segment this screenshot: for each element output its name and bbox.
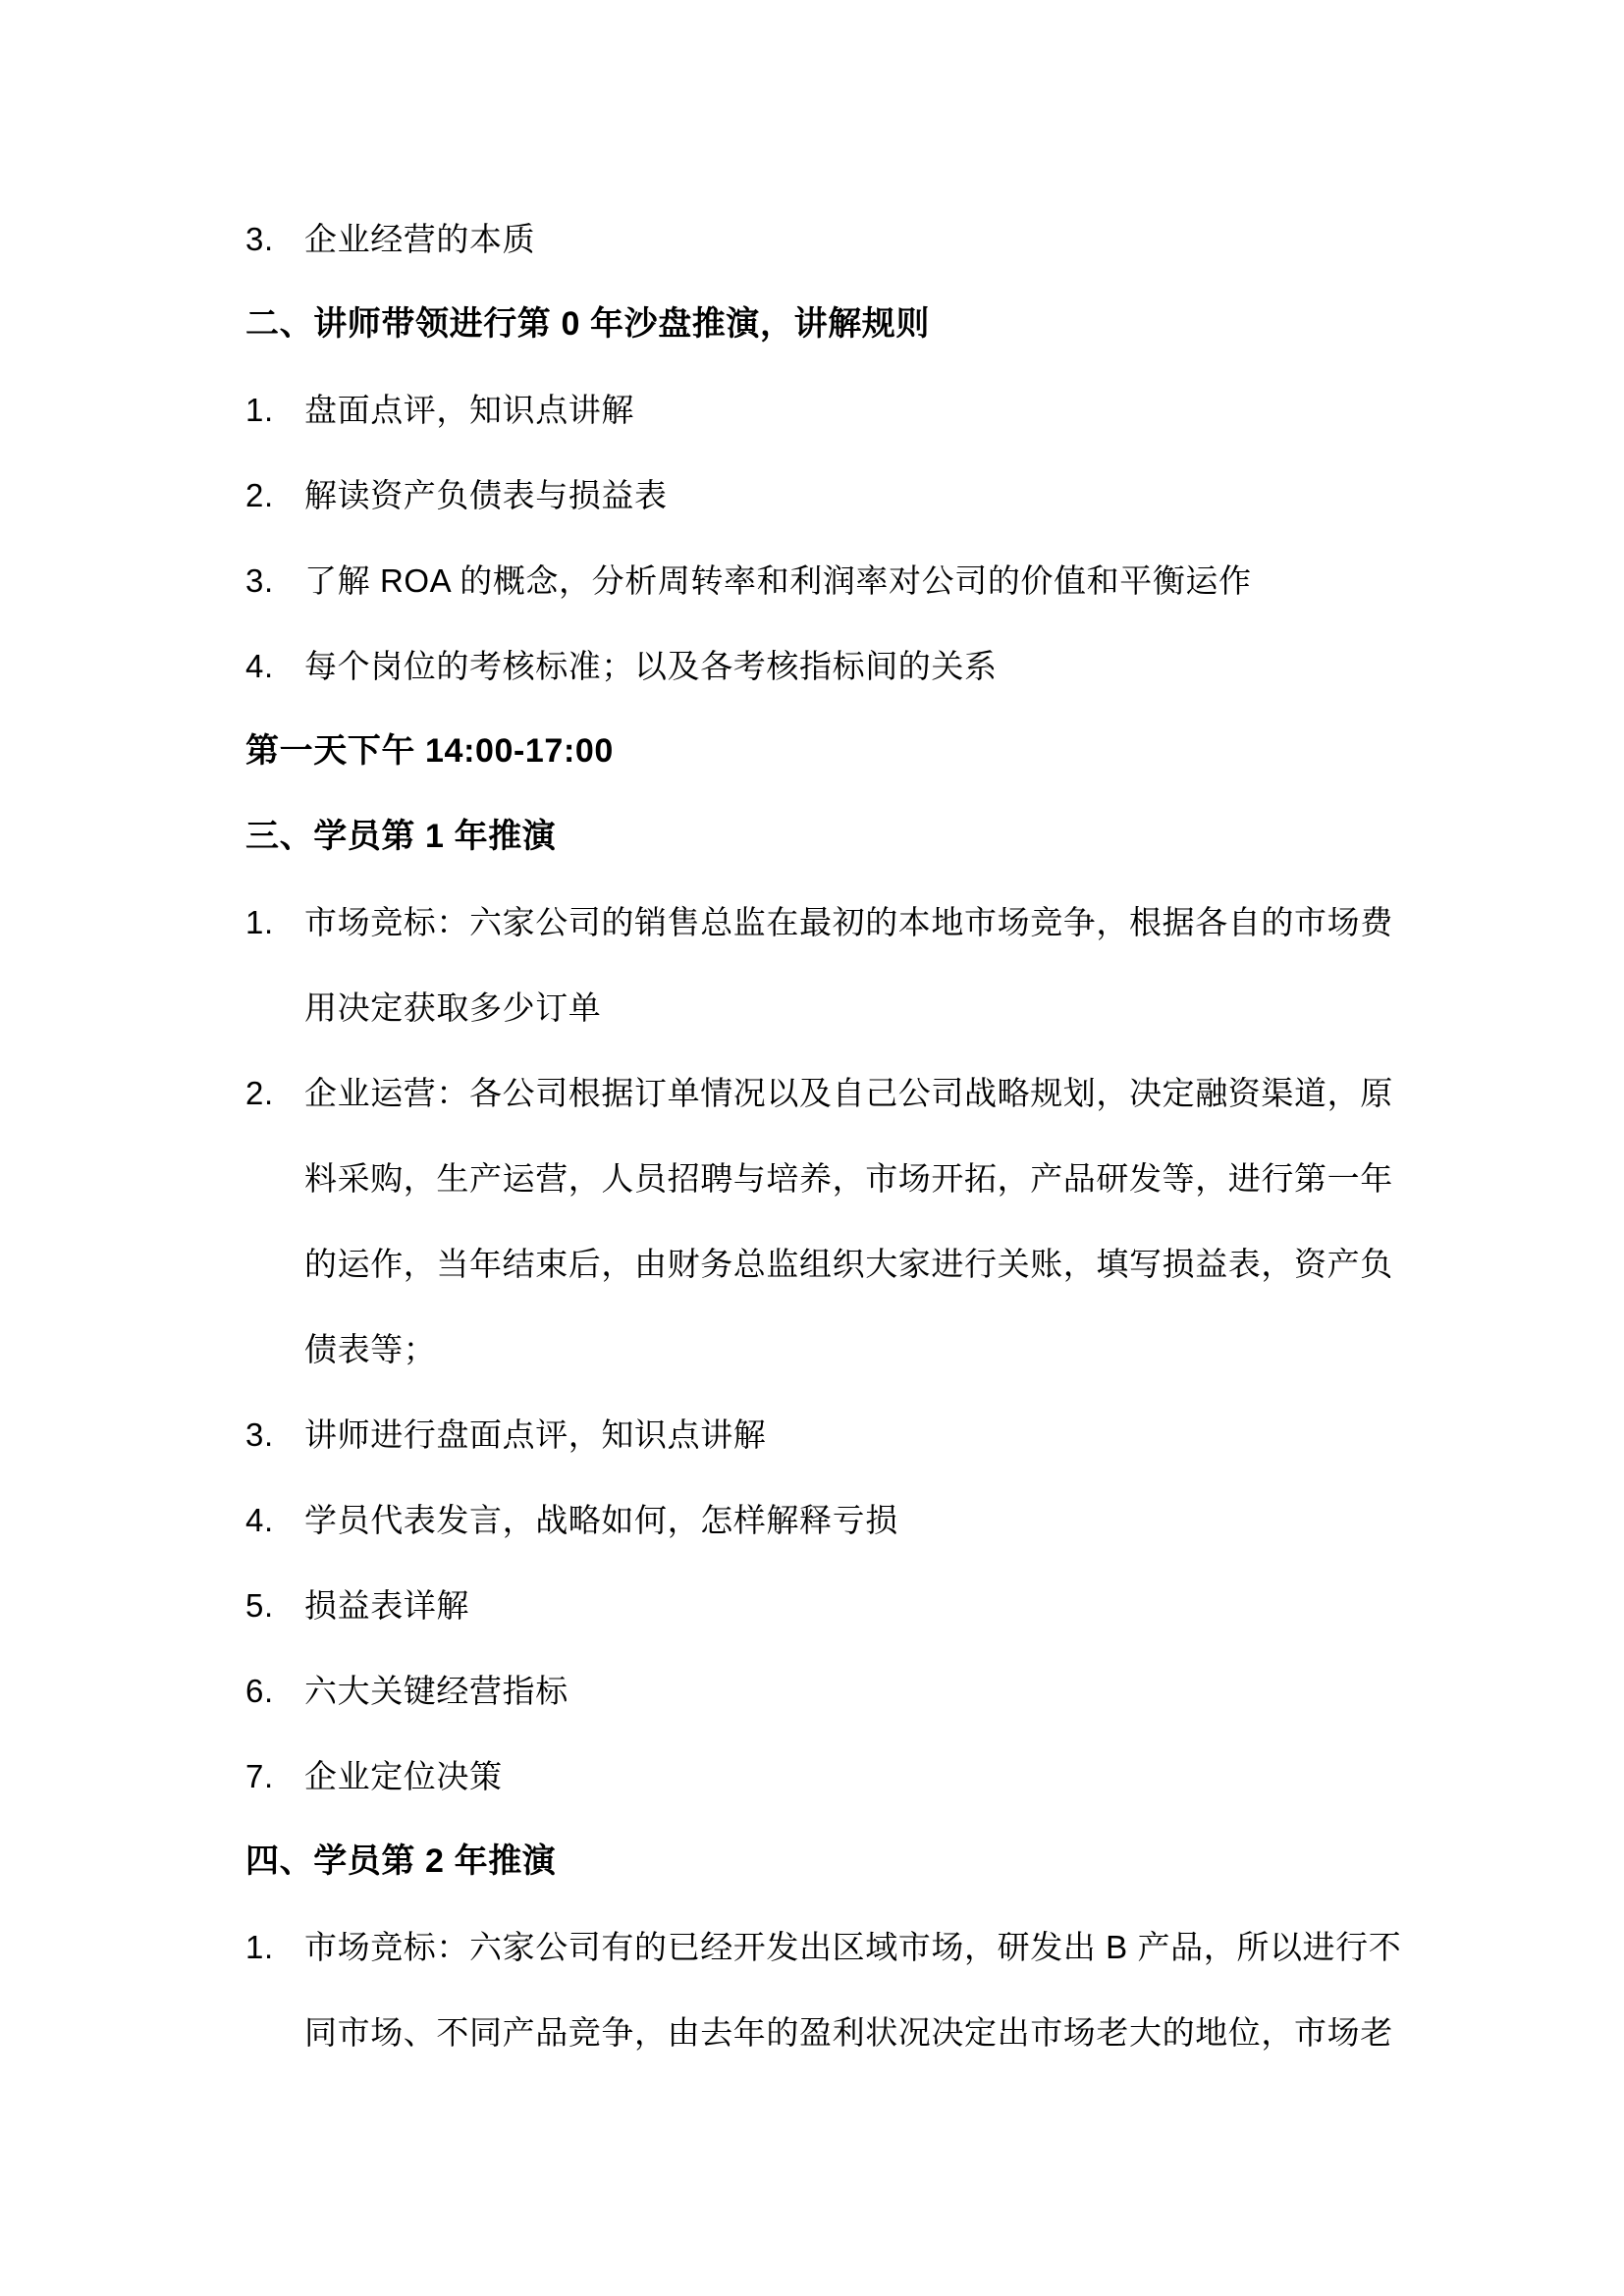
section-heading: 二、讲师带领进行第 0 年沙盘推演，讲解规则 — [245, 282, 1526, 367]
time-heading: 第一天下午 14:00-17:00 — [245, 709, 1526, 794]
list-item-line: 1.市场竞标：六家公司的销售总监在最初的本地市场竞争，根据各自的市场费 — [245, 880, 1526, 965]
list-number: 3. — [245, 538, 304, 623]
list-item-line: 7.企业定位决策 — [245, 1734, 1526, 1819]
list-item-line: 1.市场竞标：六家公司有的已经开发出区域市场，研发出 B 产品，所以进行不 — [245, 1904, 1526, 1990]
line-text: 料采购，生产运营，人员招聘与培养，市场开拓，产品研发等，进行第一年 — [304, 1136, 1393, 1221]
list-item-line: 4.学员代表发言，战略如何，怎样解释亏损 — [245, 1477, 1526, 1563]
list-item-line: 3.了解 ROA 的概念，分析周转率和利润率对公司的价值和平衡运作 — [245, 538, 1526, 623]
list-item-line: 1.盘面点评，知识点讲解 — [245, 367, 1526, 453]
list-number: 二、 — [245, 282, 313, 367]
list-number: 三、 — [245, 794, 313, 880]
list-item-wrapped-line: 同市场、不同产品竞争，由去年的盈利状况决定出市场老大的地位，市场老 — [245, 1990, 1526, 2075]
list-number: 4. — [245, 623, 304, 709]
section-heading: 四、学员第 2 年推演 — [245, 1819, 1526, 1904]
list-item-wrapped-line: 用决定获取多少订单 — [245, 965, 1526, 1050]
line-text: 同市场、不同产品竞争，由去年的盈利状况决定出市场老大的地位，市场老 — [304, 1990, 1393, 2075]
line-text: 学员第 2 年推演 — [313, 1819, 556, 1904]
line-text: 企业运营：各公司根据订单情况以及自己公司战略规划，决定融资渠道，原 — [304, 1050, 1393, 1136]
line-text: 了解 ROA 的概念，分析周转率和利润率对公司的价值和平衡运作 — [304, 538, 1252, 623]
line-text: 损益表详解 — [304, 1563, 469, 1648]
line-text: 企业定位决策 — [304, 1734, 503, 1819]
line-text: 用决定获取多少订单 — [304, 965, 601, 1050]
line-text: 解读资产负债表与损益表 — [304, 453, 668, 538]
list-number: 4. — [245, 1477, 304, 1563]
line-text: 的运作，当年结束后，由财务总监组织大家进行关账，填写损益表，资产负 — [304, 1221, 1393, 1307]
list-item-line: 4.每个岗位的考核标准；以及各考核指标间的关系 — [245, 623, 1526, 709]
list-number: 3. — [245, 1392, 304, 1477]
list-number — [245, 1307, 304, 1392]
line-text: 学员第 1 年推演 — [313, 794, 556, 880]
list-item-line: 2.解读资产负债表与损益表 — [245, 453, 1526, 538]
list-number: 7. — [245, 1734, 304, 1819]
line-text: 每个岗位的考核标准；以及各考核指标间的关系 — [304, 623, 998, 709]
list-number — [245, 1221, 304, 1307]
line-text: 盘面点评，知识点讲解 — [304, 367, 634, 453]
list-number: 3. — [245, 196, 304, 282]
list-number: 1. — [245, 1904, 304, 1990]
list-number: 5. — [245, 1563, 304, 1648]
list-item-wrapped-line: 的运作，当年结束后，由财务总监组织大家进行关账，填写损益表，资产负 — [245, 1221, 1526, 1307]
line-text: 讲师进行盘面点评，知识点讲解 — [304, 1392, 766, 1477]
list-number — [245, 1990, 304, 2075]
line-text: 市场竞标：六家公司有的已经开发出区域市场，研发出 B 产品，所以进行不 — [304, 1904, 1401, 1990]
list-number: 1. — [245, 880, 304, 965]
line-text: 第一天下午 14:00-17:00 — [245, 709, 614, 794]
list-number: 2. — [245, 1050, 304, 1136]
line-text: 债表等； — [304, 1307, 436, 1392]
list-item-line: 2.企业运营：各公司根据订单情况以及自己公司战略规划，决定融资渠道，原 — [245, 1050, 1526, 1136]
line-text: 六大关键经营指标 — [304, 1648, 568, 1734]
list-item-wrapped-line: 料采购，生产运营，人员招聘与培养，市场开拓，产品研发等，进行第一年 — [245, 1136, 1526, 1221]
list-item-line: 5.损益表详解 — [245, 1563, 1526, 1648]
list-number: 2. — [245, 453, 304, 538]
line-text: 市场竞标：六家公司的销售总监在最初的本地市场竞争，根据各自的市场费 — [304, 880, 1393, 965]
line-text: 讲师带领进行第 0 年沙盘推演，讲解规则 — [313, 282, 930, 367]
list-item-line: 3.企业经营的本质 — [245, 196, 1526, 282]
list-item-line: 6.六大关键经营指标 — [245, 1648, 1526, 1734]
list-item-line: 3.讲师进行盘面点评，知识点讲解 — [245, 1392, 1526, 1477]
list-number: 6. — [245, 1648, 304, 1734]
list-number — [245, 965, 304, 1050]
section-heading: 三、学员第 1 年推演 — [245, 794, 1526, 880]
list-number: 1. — [245, 367, 304, 453]
line-text: 学员代表发言，战略如何，怎样解释亏损 — [304, 1477, 898, 1563]
line-text: 企业经营的本质 — [304, 196, 535, 282]
document-page: 3.企业经营的本质二、讲师带领进行第 0 年沙盘推演，讲解规则1.盘面点评，知识… — [0, 0, 1624, 2296]
list-number — [245, 1136, 304, 1221]
list-item-wrapped-line: 债表等； — [245, 1307, 1526, 1392]
document-content: 3.企业经营的本质二、讲师带领进行第 0 年沙盘推演，讲解规则1.盘面点评，知识… — [245, 196, 1526, 2075]
list-number: 四、 — [245, 1819, 313, 1904]
